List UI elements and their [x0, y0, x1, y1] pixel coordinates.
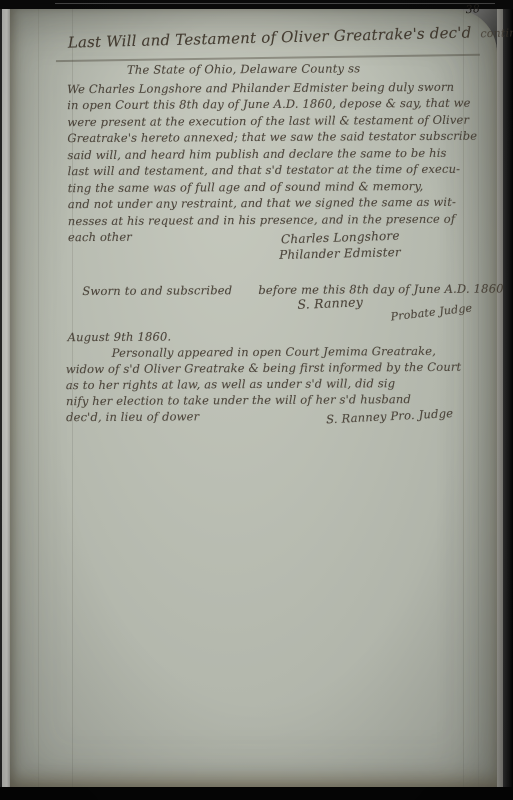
jurat-line: Sworn to and subscribedbefore me this 8t… [82, 281, 503, 298]
document-title-continued: continued [480, 26, 513, 40]
jurat-right: before me this 8th day of June A.D. 1860 [258, 281, 503, 296]
scanned-record-photo: 38 Last Will and Testament of Oliver Gre… [0, 0, 513, 800]
state-county-heading: The State of Ohio, Delaware County ss [127, 61, 360, 76]
entry-date: August 9th 1860. [68, 330, 172, 345]
election-line: widow of s'd Oliver Greatrake & being fi… [66, 360, 462, 378]
election-line: nify her election to take under the will… [66, 391, 462, 409]
affidavit-line: and not under any restraint, and that we… [68, 194, 478, 213]
handwritten-content: 38 Last Will and Testament of Oliver Gre… [0, 0, 513, 800]
witness-affidavit-paragraph: We Charles Longshore and Philander Edmis… [67, 79, 478, 246]
title-underline [56, 54, 480, 62]
witness-signature: Philander Edmister [279, 245, 401, 262]
document-title: Last Will and Testament of Oliver Greatr… [68, 22, 513, 52]
judge-signature: S. Ranney [297, 294, 363, 312]
page-number: 38 [465, 2, 480, 16]
document-title-text: Last Will and Testament of Oliver Greatr… [68, 23, 472, 51]
jurat-left: Sworn to and subscribed [82, 283, 232, 298]
affidavit-line: each other [68, 227, 478, 246]
affidavit-line: nesses at his request and in his presenc… [68, 210, 478, 229]
judge-title: Probate Judge [390, 301, 473, 323]
